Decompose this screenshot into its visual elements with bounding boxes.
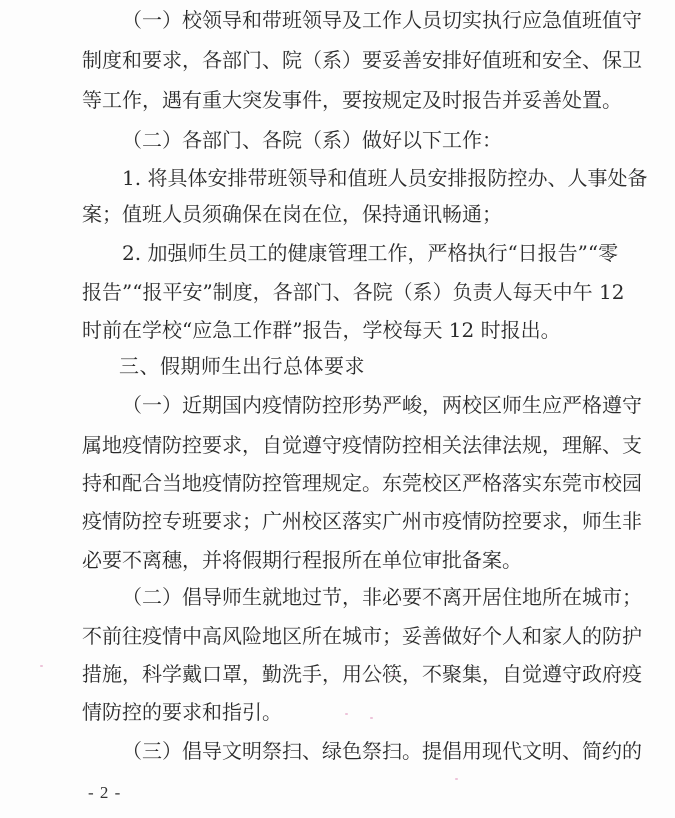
scan-speck <box>40 665 43 667</box>
paragraph-departments-intro: （二）各部门、各院（系）做好以下工作： <box>122 121 602 159</box>
item-1-line-2: 案；值班人员须确保在岗在位，保持通讯畅通； <box>82 195 602 233</box>
paragraph-travel-2-line-1: （二）倡导师生就地过节，非必要不离开居住地所在城市； <box>122 578 602 616</box>
item-2-line-1: 2. 加强师生员工的健康管理工作，严格执行“日报告”“零 <box>122 234 602 272</box>
scan-speck <box>345 713 348 715</box>
paragraph-duty-line-2: 制度和要求，各部门、院（系）要妥善安排好值班和安全、保卫 <box>82 41 602 79</box>
section-heading-travel-requirements: 三、假期师生出行总体要求 <box>119 347 639 385</box>
paragraph-travel-2-line-4: 情防控的要求和指引。 <box>82 693 602 731</box>
page-number: - 2 - <box>88 783 121 803</box>
item-2-line-3: 时前在学校“应急工作群”报告，学校每天 12 时报出。 <box>82 311 602 349</box>
paragraph-duty-line-3: 等工作，遇有重大突发事件，要按规定及时报告并妥善处置。 <box>82 81 602 119</box>
paragraph-travel-1-line-4: 疫情防控专班要求；广州校区落实广州市疫情防控要求，师生非 <box>82 502 602 540</box>
paragraph-travel-1-line-2: 属地疫情防控要求，自觉遵守疫情防控相关法律法规，理解、支 <box>82 426 602 464</box>
scan-speck <box>392 674 395 676</box>
item-2-line-2: 报告”“报平安”制度，各部门、各院（系）负责人每天中午 12 <box>82 273 602 311</box>
item-1-line-1: 1. 将具体安排带班领导和值班人员安排报防控办、人事处备 <box>122 159 602 197</box>
scan-speck <box>455 778 458 780</box>
paragraph-travel-2-line-3: 措施，科学戴口罩，勤洗手，用公筷，不聚集，自觉遵守政府疫 <box>82 655 602 693</box>
scan-speck <box>370 717 373 719</box>
paragraph-travel-1-line-1: （一）近期国内疫情防控形势严峻，两校区师生应严格遵守 <box>122 386 602 424</box>
paragraph-travel-3-line-1: （三）倡导文明祭扫、绿色祭扫。提倡用现代文明、简约的 <box>122 732 602 770</box>
paragraph-travel-1-line-3: 持和配合当地疫情防控管理规定。东莞校区严格落实东莞市校园 <box>82 464 602 502</box>
document-page: （一）校领导和带班领导及工作人员切实执行应急值班值守 制度和要求，各部门、院（系… <box>0 0 675 818</box>
paragraph-travel-1-line-5: 必要不离穗，并将假期行程报所在单位审批备案。 <box>82 541 602 579</box>
paragraph-travel-2-line-2: 不前往疫情中高风险地区所在城市；妥善做好个人和家人的防护 <box>82 617 602 655</box>
paragraph-duty-line-1: （一）校领导和带班领导及工作人员切实执行应急值班值守 <box>122 1 602 39</box>
